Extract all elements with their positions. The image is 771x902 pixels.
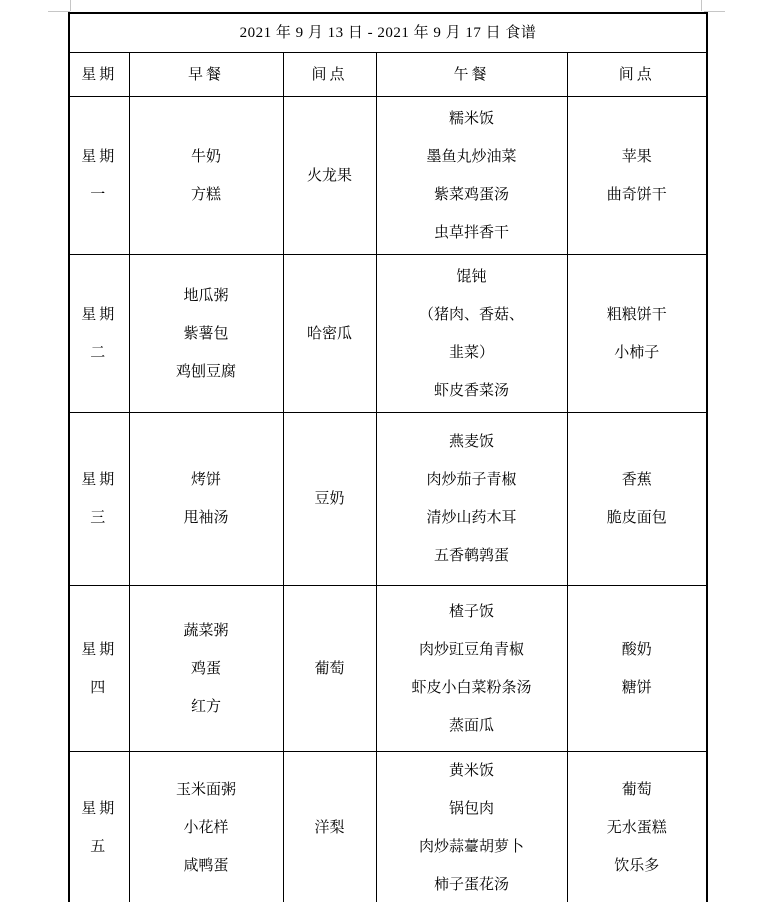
header-row: 星期 早餐 间点 午餐 间点 <box>69 53 707 97</box>
cell-wednesday-snack-am: 豆奶 <box>283 413 376 586</box>
cell-tuesday-snack-am: 哈密瓜 <box>283 255 376 413</box>
cell-tuesday-lunch: 馄钝 （猪肉、香菇、 韭菜） 虾皮香菜汤 <box>376 255 567 413</box>
cell-monday-snack-pm: 苹果 曲奇饼干 <box>567 97 707 255</box>
title-row: 2021 年 9 月 13 日 - 2021 年 9 月 17 日 食谱 <box>69 13 707 53</box>
header-breakfast: 早餐 <box>129 53 283 97</box>
cell-thursday-breakfast: 蔬菜粥 鸡蛋 红方 <box>129 586 283 752</box>
text-boundary-mark <box>48 11 70 12</box>
text-boundary-mark <box>701 0 702 11</box>
header-snack-pm: 间点 <box>567 53 707 97</box>
cell-thursday-day: 星期 四 <box>69 586 129 752</box>
cell-friday-day: 星期 五 <box>69 752 129 902</box>
cell-wednesday-breakfast: 烤饼 甩袖汤 <box>129 413 283 586</box>
header-snack-am: 间点 <box>283 53 376 97</box>
header-weekday: 星期 <box>69 53 129 97</box>
cell-tuesday-breakfast: 地瓜粥 紫薯包 鸡刨豆腐 <box>129 255 283 413</box>
table-row-thursday: 星期 四 蔬菜粥 鸡蛋 红方 葡萄 楂子饭 肉炒豇豆角青椒 虾皮小白菜粉条汤 蒸… <box>69 586 707 752</box>
table-row-monday: 星期 一 牛奶 方糕 火龙果 糯米饭 墨鱼丸炒油菜 紫菜鸡蛋汤 虫草拌香干 苹果… <box>69 97 707 255</box>
table-row-friday: 星期 五 玉米面粥 小花样 咸鸭蛋 洋梨 黄米饭 锅包肉 肉炒蒜薹胡萝卜 柿子蛋… <box>69 752 707 902</box>
cell-tuesday-snack-pm: 粗粮饼干 小柿子 <box>567 255 707 413</box>
cell-tuesday-day: 星期 二 <box>69 255 129 413</box>
cell-monday-day: 星期 一 <box>69 97 129 255</box>
cell-friday-breakfast: 玉米面粥 小花样 咸鸭蛋 <box>129 752 283 902</box>
text-boundary-mark <box>70 0 71 11</box>
cell-wednesday-day: 星期 三 <box>69 413 129 586</box>
table-title: 2021 年 9 月 13 日 - 2021 年 9 月 17 日 食谱 <box>69 13 707 53</box>
cell-wednesday-snack-pm: 香蕉 脆皮面包 <box>567 413 707 586</box>
cell-thursday-lunch: 楂子饭 肉炒豇豆角青椒 虾皮小白菜粉条汤 蒸面瓜 <box>376 586 567 752</box>
cell-friday-snack-am: 洋梨 <box>283 752 376 902</box>
cell-wednesday-lunch: 燕麦饭 肉炒茄子青椒 清炒山药木耳 五香鹌鹑蛋 <box>376 413 567 586</box>
cell-thursday-snack-am: 葡萄 <box>283 586 376 752</box>
cell-friday-snack-pm: 葡萄 无水蛋糕 饮乐多 <box>567 752 707 902</box>
cell-thursday-snack-pm: 酸奶 糖饼 <box>567 586 707 752</box>
cell-friday-lunch: 黄米饭 锅包肉 肉炒蒜薹胡萝卜 柿子蛋花汤 <box>376 752 567 902</box>
header-lunch: 午餐 <box>376 53 567 97</box>
table-row-tuesday: 星期 二 地瓜粥 紫薯包 鸡刨豆腐 哈密瓜 馄钝 （猪肉、香菇、 韭菜） 虾皮香… <box>69 255 707 413</box>
weekly-menu-table: 2021 年 9 月 13 日 - 2021 年 9 月 17 日 食谱 星期 … <box>68 12 708 902</box>
table-row-wednesday: 星期 三 烤饼 甩袖汤 豆奶 燕麦饭 肉炒茄子青椒 清炒山药木耳 五香鹌鹑蛋 香… <box>69 413 707 586</box>
cell-monday-breakfast: 牛奶 方糕 <box>129 97 283 255</box>
document-page: 2021 年 9 月 13 日 - 2021 年 9 月 17 日 食谱 星期 … <box>0 0 771 902</box>
cell-monday-lunch: 糯米饭 墨鱼丸炒油菜 紫菜鸡蛋汤 虫草拌香干 <box>376 97 567 255</box>
cell-monday-snack-am: 火龙果 <box>283 97 376 255</box>
